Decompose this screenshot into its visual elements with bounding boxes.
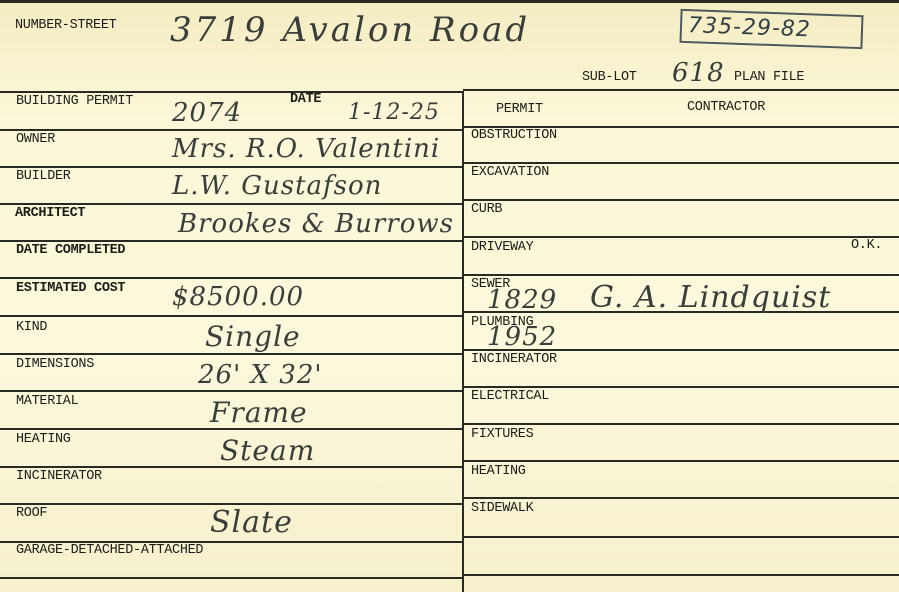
sub-lot-label: SUB-LOT [582, 70, 637, 85]
kind-label: KIND [16, 320, 47, 335]
rule-line [463, 536, 899, 538]
excavation-label: EXCAVATION [471, 165, 549, 180]
roof-value: Slate [210, 505, 293, 540]
architect-label: ARCHITECT [15, 206, 85, 221]
date-completed-label: DATE COMPLETED [16, 243, 125, 258]
estimated-cost-value: $8500.00 [172, 282, 304, 312]
rule-line [0, 390, 463, 392]
builder-value: L.W. Gustafson [172, 171, 382, 201]
rule-line [463, 423, 899, 425]
number-street-value: 3719 Avalon Road [170, 10, 530, 50]
kind-value: Single [205, 320, 301, 353]
rule-line [0, 277, 463, 279]
heating-permit-label: HEATING [471, 464, 526, 479]
rule-line [463, 386, 899, 388]
architect-value: Brookes & Burrows [178, 209, 454, 239]
rule-line [463, 162, 899, 164]
building-permit-label: BUILDING PERMIT [16, 94, 133, 109]
builder-label: BUILDER [16, 169, 71, 184]
number-street-label: NUMBER-STREET [15, 18, 116, 33]
rule-line [0, 577, 463, 579]
dimensions-value: 26' X 32' [198, 360, 323, 390]
rule-line [0, 353, 463, 355]
card-top-edge [0, 0, 899, 3]
roof-label: ROOF [16, 506, 47, 521]
rule-line [0, 203, 463, 205]
column-divider [462, 91, 464, 592]
rule-line [0, 240, 463, 242]
owner-label: OWNER [16, 132, 55, 147]
rule-line [463, 274, 899, 276]
rule-line [463, 574, 899, 576]
plan-file-label: PLAN FILE [734, 70, 804, 85]
date-label: DATE [290, 92, 321, 107]
obstruction-label: OBSTRUCTION [471, 128, 557, 143]
driveway-label: DRIVEWAY [471, 240, 533, 255]
plumbing-permit-value: 1952 [487, 322, 557, 352]
incinerator-permit-label: INCINERATOR [471, 352, 557, 367]
file-number-stamp: 735-29-82 [679, 9, 863, 49]
rule-line [463, 236, 899, 238]
rule-line [463, 89, 899, 91]
rule-line [463, 199, 899, 201]
heating-value: Steam [220, 434, 315, 467]
owner-value: Mrs. R.O. Valentini [172, 134, 440, 164]
material-label: MATERIAL [16, 394, 78, 409]
curb-label: CURB [471, 202, 502, 217]
fixtures-label: FIXTURES [471, 427, 533, 442]
garage-label: GARAGE-DETACHED-ATTACHED [16, 543, 203, 558]
rule-line [0, 315, 463, 317]
electrical-label: ELECTRICAL [471, 389, 549, 404]
driveway-ok-note: O.K. [851, 238, 882, 253]
building-permit-value: 2074 [172, 98, 242, 128]
rule-line [463, 460, 899, 462]
sewer-contractor-value: G. A. Lindquist [590, 280, 831, 315]
sewer-permit-value: 1829 [487, 285, 557, 315]
dimensions-label: DIMENSIONS [16, 357, 94, 372]
material-value: Frame [210, 396, 308, 429]
permit-card: NUMBER-STREET 3719 Avalon Road 735-29-82… [0, 0, 899, 592]
date-value: 1-12-25 [348, 100, 440, 125]
rule-line [463, 497, 899, 499]
sub-lot-value: 618 [672, 58, 725, 88]
estimated-cost-label: ESTIMATED COST [16, 281, 125, 296]
heating-label: HEATING [16, 432, 71, 447]
rule-line [0, 91, 463, 93]
incinerator-label: INCINERATOR [16, 469, 102, 484]
contractor-header: CONTRACTOR [687, 100, 765, 115]
permit-header: PERMIT [496, 102, 543, 117]
rule-line [0, 166, 463, 168]
sidewalk-label: SIDEWALK [471, 501, 533, 516]
file-number-value: 735-29-82 [688, 13, 812, 42]
rule-line [0, 129, 463, 131]
